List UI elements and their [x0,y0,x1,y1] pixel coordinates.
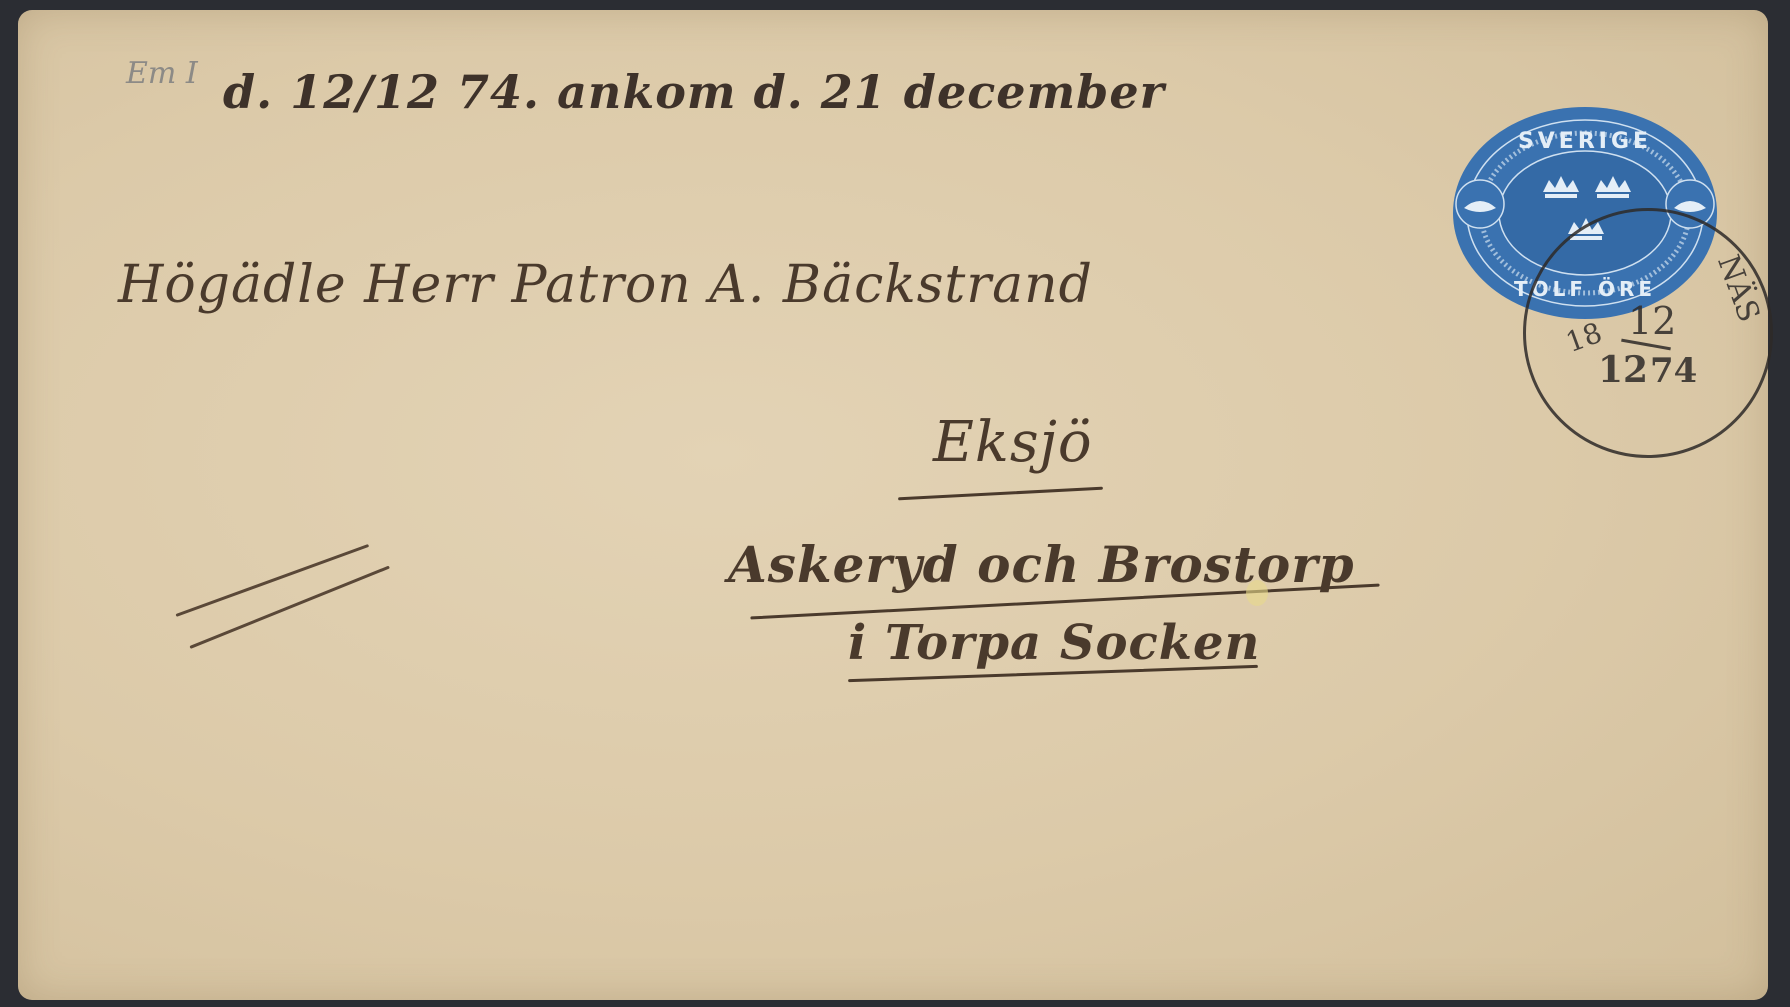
postmark-town: NÄS [1710,250,1766,326]
envelope: Em I d. 12/12 74. ankom d. 21 december H… [18,10,1768,1000]
stamp-country: SVERIGE [1518,129,1652,154]
town-underline [898,487,1103,501]
postmark-day: 12 [1628,299,1676,343]
postmark: NÄS 12 18 12 74 [1523,208,1773,458]
docket-line: d. 12/12 74. ankom d. 21 december [223,65,1165,119]
address-line-town: Eksjö [933,410,1093,475]
address-line-addressee: Högädle Herr Patron A. Bäckstrand [118,255,1093,315]
pen-stroke-lower [189,566,389,649]
address-line-parish: i Torpa Socken [848,615,1260,671]
pen-stroke-upper [175,544,369,617]
postmark-month: 12 [1598,349,1648,391]
postmark-year-suffix: 74 [1650,351,1697,391]
stain [1246,580,1268,606]
pencil-note: Em I [126,56,198,91]
